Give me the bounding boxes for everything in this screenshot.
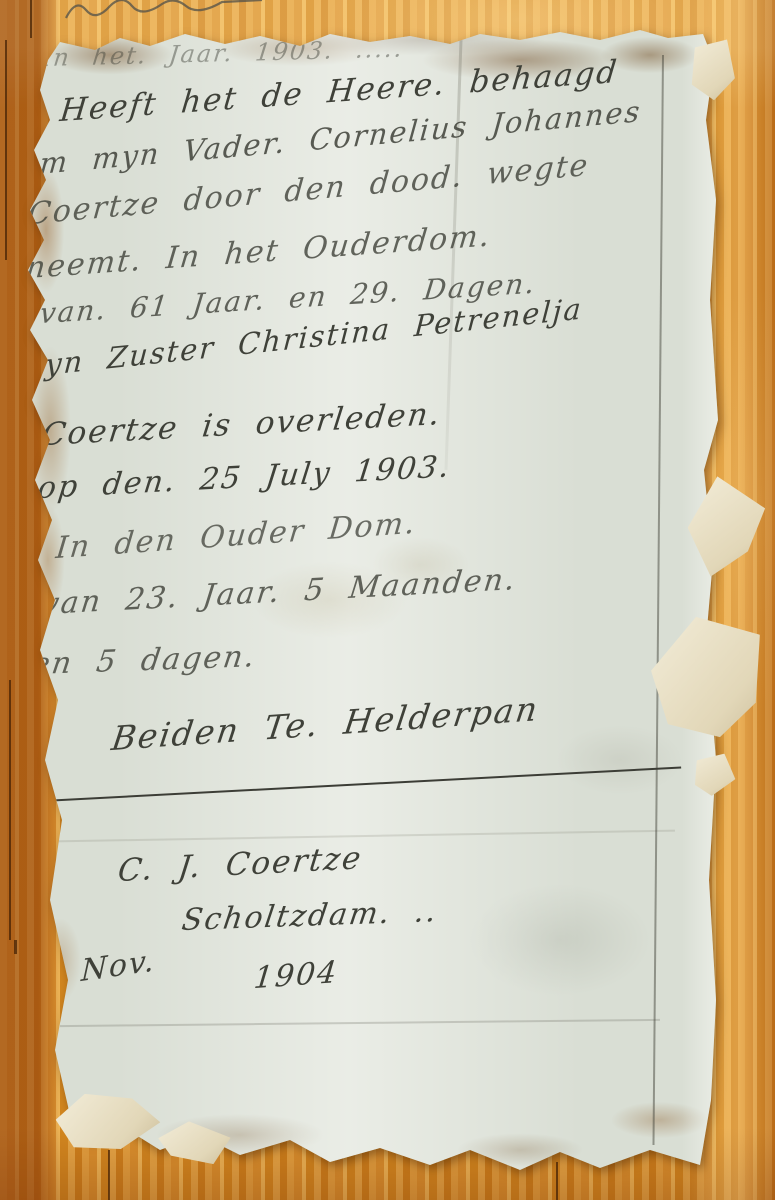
photo-of-manuscript: In het. Jaar. 1903. ..... Heeft het de H…: [0, 0, 775, 1200]
manuscript-line-12: en 5 dagen.: [30, 642, 258, 680]
signature-name: C. J. Coertze: [116, 843, 364, 887]
horizontal-crease: [60, 1019, 660, 1027]
signature-date-day: 27 Nov.: [15, 946, 156, 996]
manuscript-line-13: Beiden Te. Helderpan: [110, 692, 542, 755]
paper-sheet-wrap: In het. Jaar. 1903. ..... Heeft het de H…: [0, 0, 775, 1200]
manuscript-line-8: Coertze is overleden.: [40, 399, 443, 451]
manuscript-line-1: In het. Jaar. 1903. .....: [41, 36, 406, 70]
horizontal-crease: [55, 830, 675, 843]
paper-sheet: In het. Jaar. 1903. ..... Heeft het de H…: [0, 0, 775, 1200]
manuscript-line-9: op den. 25 July 1903.: [36, 452, 452, 504]
signature-date-year: 1904: [252, 958, 339, 994]
signature-rule: [42, 767, 681, 802]
margin-line: [652, 55, 664, 1145]
manuscript-line-10: In den Ouder Dom.: [54, 509, 418, 565]
manuscript-line-11: van 23. Jaar. 5 Maanden.: [40, 565, 518, 620]
signature-place: Scholtzdam. ..: [180, 897, 440, 936]
